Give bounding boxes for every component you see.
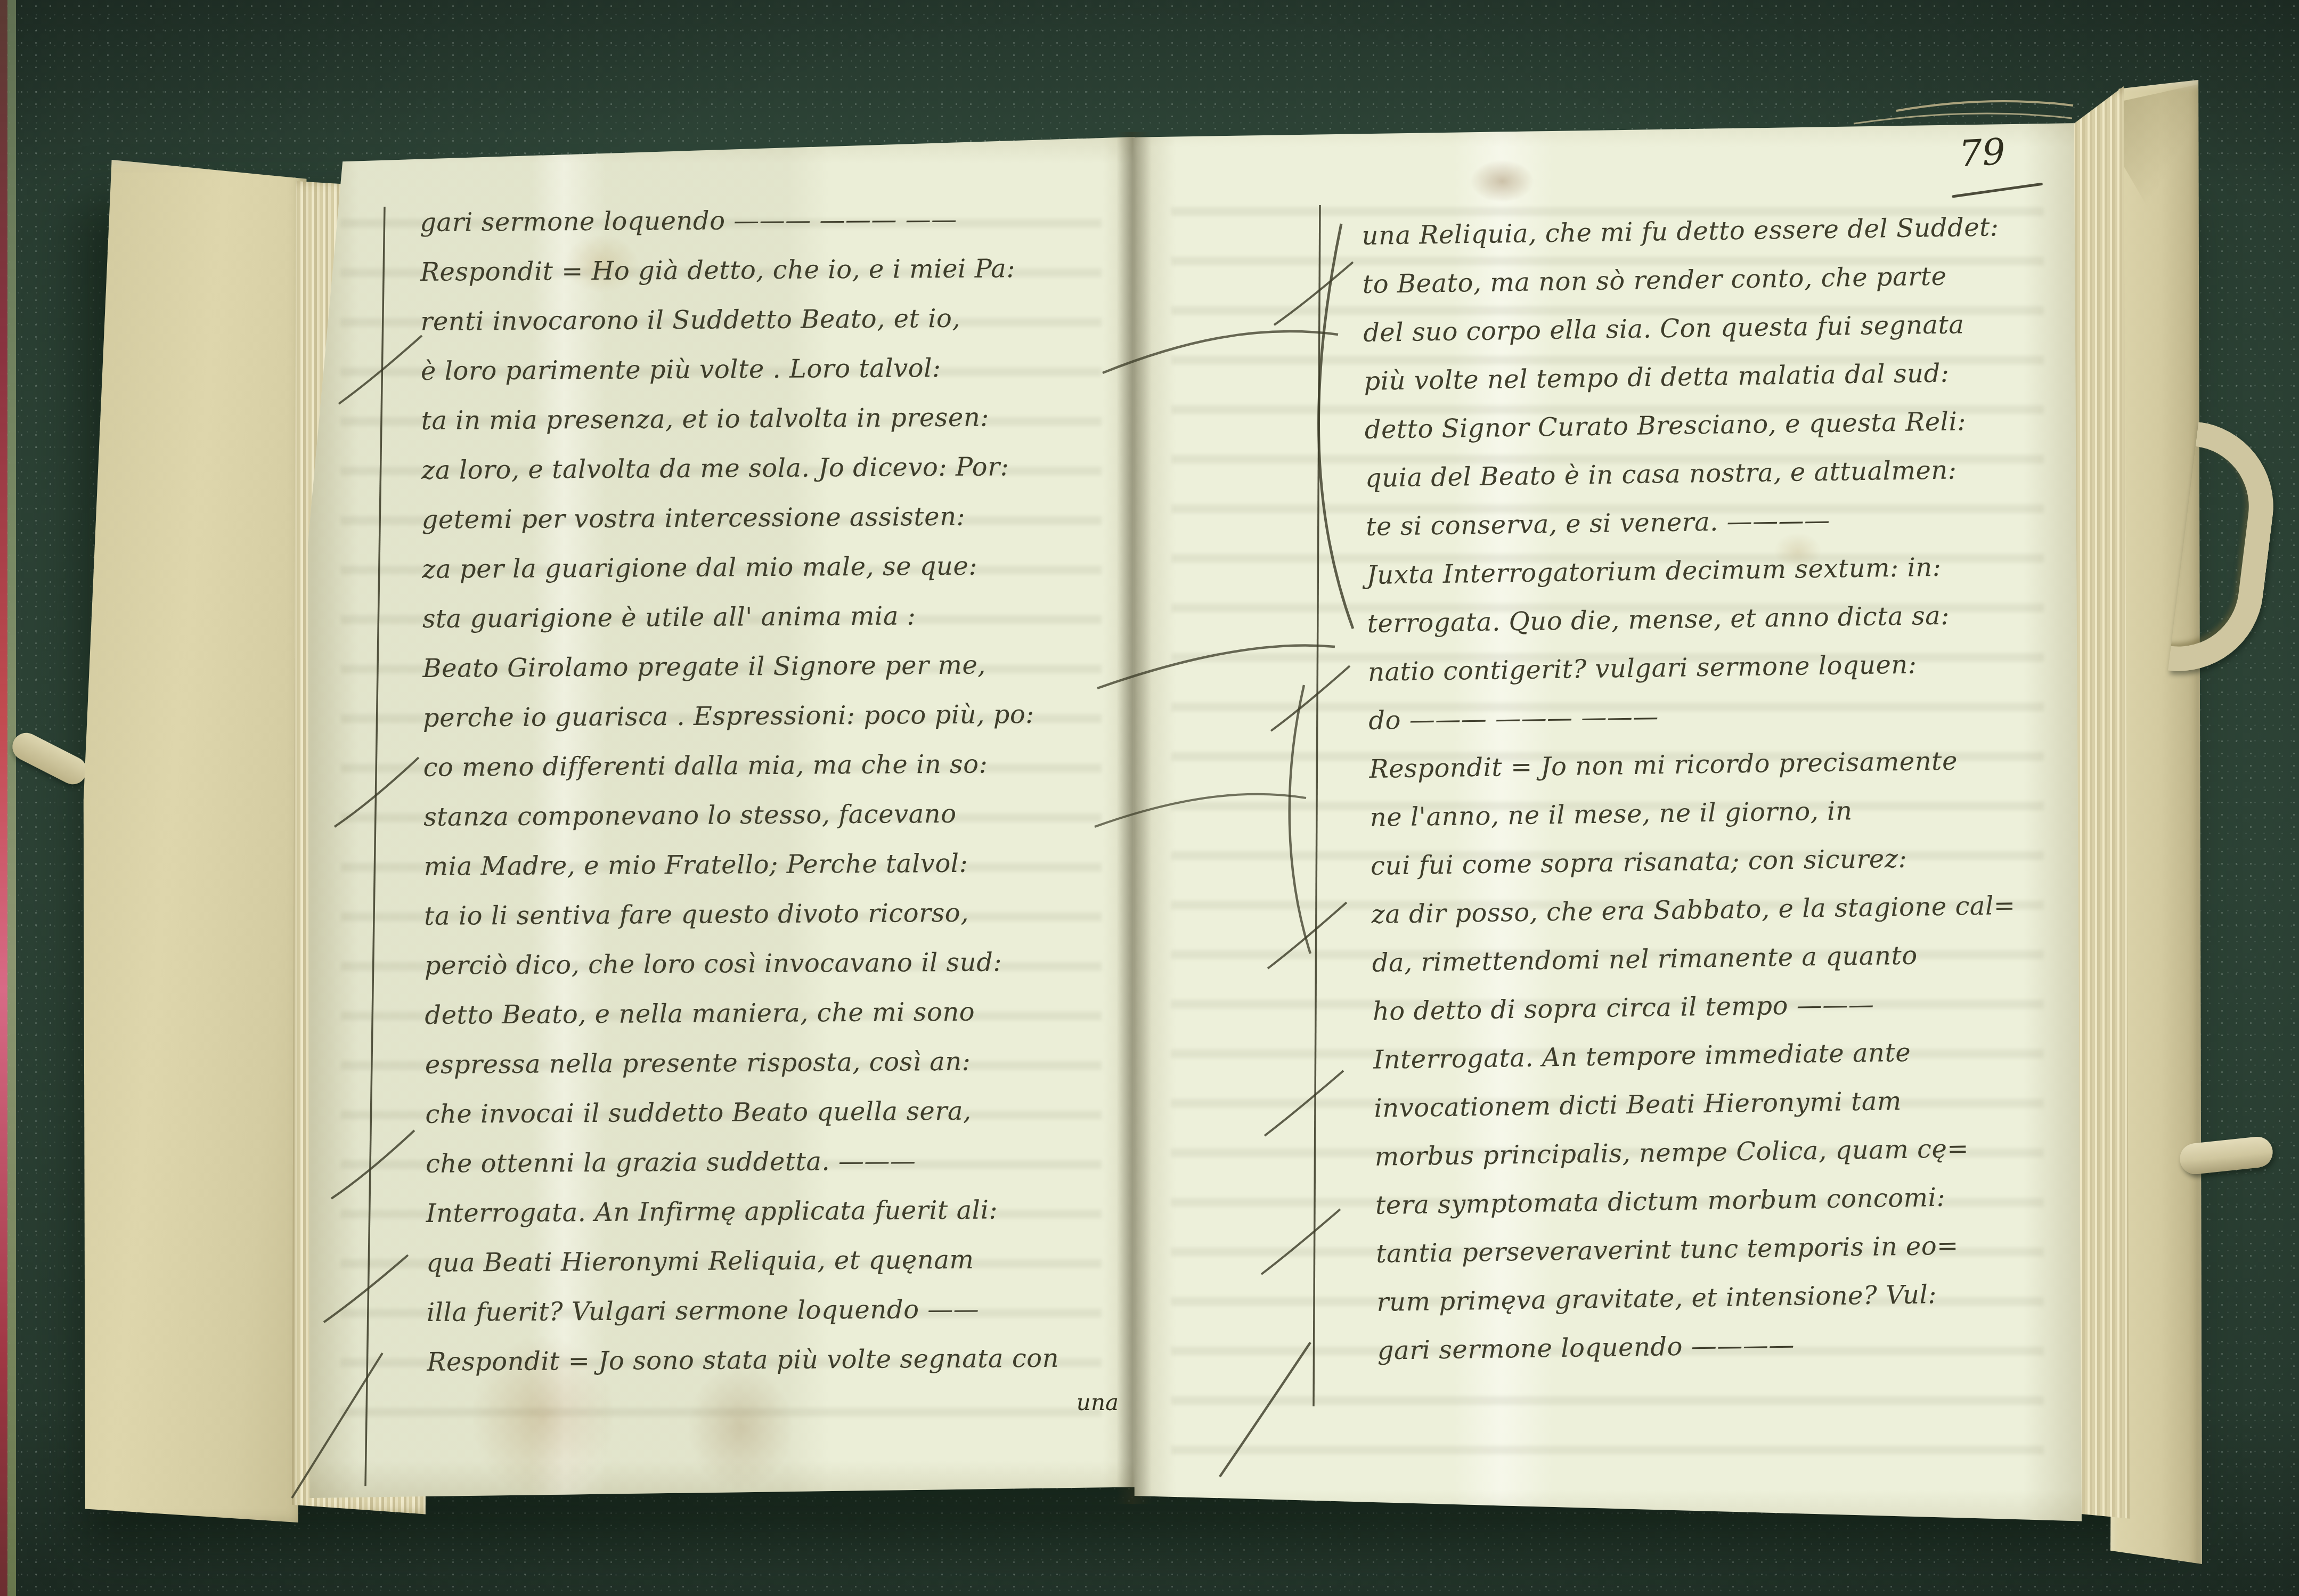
manuscript-line: è loro parimente più volte . Loro talvol… <box>421 343 1135 396</box>
manuscript-line: detto Beato, e nella maniera, che mi son… <box>425 987 1139 1040</box>
manuscript-line: illa fuerit? Vulgari sermone loquendo —— <box>426 1284 1140 1338</box>
right-page-text: una Reliquia, che mi fu detto essere del… <box>1362 202 2097 1375</box>
manuscript-line: stanza componevano lo stesso, facevano <box>423 788 1138 842</box>
manuscript-line: che ottenni la grazia suddetta. ——— <box>426 1135 1140 1189</box>
manuscript-line: Respondit = Jo sono stata più volte segn… <box>427 1333 1141 1387</box>
manuscript-line: espressa nella presente risposta, così a… <box>425 1036 1139 1090</box>
manuscript-line: co meno differenti dalla mia, ma che in … <box>423 739 1137 793</box>
manuscript-line: za loro, e talvolta da me sola. Jo dicev… <box>421 442 1136 495</box>
manuscript-line: getemi per vostra intercessione assisten… <box>421 491 1136 545</box>
manuscript-line: Interrogata. An Infirmę applicata fuerit… <box>426 1185 1140 1239</box>
manuscript-line: renti invocarono il Suddetto Beato, et i… <box>420 293 1135 347</box>
scan-edge-red-strip <box>0 0 7 1596</box>
manuscript-photo: { "page_number": "79", "left_page": { "l… <box>0 0 2299 1596</box>
manuscript-line: gari sermone loquendo ——— ——— —— <box>420 194 1134 248</box>
manuscript-line: perciò dico, che loro così invocavano il… <box>425 937 1139 991</box>
left-page-text: gari sermone loquendo ——— ——— ——Respondi… <box>420 194 1141 1387</box>
manuscript-line: che invocai il suddetto Beato quella ser… <box>425 1086 1139 1139</box>
manuscript-line: ta io li sentiva fare questo divoto rico… <box>424 887 1138 941</box>
catchword: una <box>985 1389 1119 1415</box>
manuscript-line: gari sermone loquendo ———— <box>1377 1317 2097 1375</box>
manuscript-line: mia Madre, e mio Fratello; Perche talvol… <box>423 838 1138 892</box>
manuscript-line: Beato Girolamo pregate il Signore per me… <box>422 640 1137 694</box>
scan-edge-pale-strip <box>7 0 16 1596</box>
manuscript-line: ta in mia presenza, et io talvolta in pr… <box>421 392 1135 446</box>
manuscript-line: Respondit = Ho già detto, che io, e i mi… <box>420 243 1135 297</box>
manuscript-line: qua Beati Hieronymi Reliquia, et quęnam <box>426 1234 1140 1288</box>
manuscript-line: sta guarigione è utile all' anima mia : <box>422 590 1137 644</box>
manuscript-line: za per la guarigione dal mio male, se qu… <box>422 541 1136 595</box>
manuscript-line: perche io guarisca . Espressioni: poco p… <box>423 689 1137 743</box>
page-number: 79 <box>1958 131 2007 175</box>
